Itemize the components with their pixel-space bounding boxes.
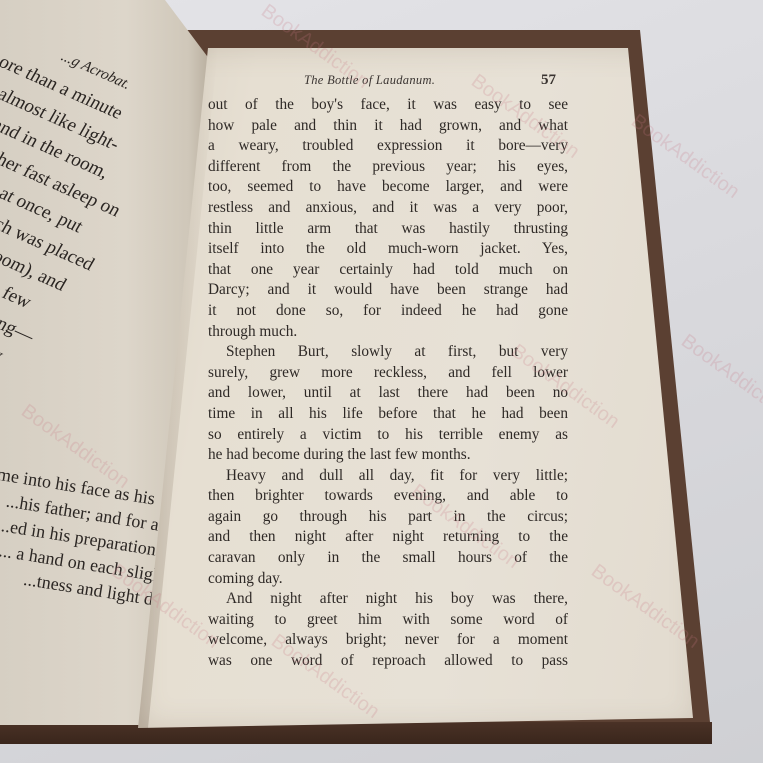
- text-line: and lower, until at last there had been …: [208, 383, 568, 404]
- text-line: And night after night his boy was there,: [208, 589, 568, 610]
- text-line: Stephen Burt, slowly at first, but very: [208, 342, 568, 363]
- page-number: 57: [541, 72, 556, 89]
- running-head: The Bottle of Laudanum. 57: [208, 72, 568, 89]
- text-line: itself into the old much-worn jacket. Ye…: [208, 239, 568, 260]
- text-line: a weary, troubled expression it bore—ver…: [208, 136, 568, 157]
- text-line: waiting to greet him with some word of: [208, 610, 568, 631]
- text-line: Heavy and dull all day, fit for very lit…: [208, 466, 568, 487]
- text-line: restless and anxious, and it was a very …: [208, 198, 568, 219]
- text-line: through much.: [208, 322, 568, 343]
- text-line: coming day.: [208, 569, 568, 590]
- running-head-title: The Bottle of Laudanum.: [304, 73, 435, 88]
- right-page-text: The Bottle of Laudanum. 57 out of the bo…: [208, 72, 568, 672]
- text-line: time in all his life before that he had …: [208, 404, 568, 425]
- text-line: so entirely a victim to his terrible ene…: [208, 425, 568, 446]
- text-line: he had become during the last few months…: [208, 445, 568, 466]
- text-line: again go through his part in the circus;: [208, 507, 568, 528]
- text-line: then brighter towards evening, and able …: [208, 486, 568, 507]
- text-line: caravan only in the small hours of the: [208, 548, 568, 569]
- text-line: it not done so, for indeed he had gone: [208, 301, 568, 322]
- book-photo: ...g Acrobat. ...little more than a minu…: [0, 0, 763, 763]
- text-line: different from the previous year; his ey…: [208, 157, 568, 178]
- page-body: out of the boy's face, it was easy to se…: [208, 95, 568, 672]
- text-line: Darcy; and it would have been strange ha…: [208, 280, 568, 301]
- text-line: how pale and thin it had grown, and what: [208, 116, 568, 137]
- text-line: welcome, always bright; never for a mome…: [208, 630, 568, 651]
- text-line: out of the boy's face, it was easy to se…: [208, 95, 568, 116]
- text-line: too, seemed to have become larger, and w…: [208, 177, 568, 198]
- text-line: thin little arm that was hastily thrusti…: [208, 219, 568, 240]
- text-line: surely, grew more reckless, and fell low…: [208, 363, 568, 384]
- left-page-lower-text: ...ame into his face as his...his father…: [0, 420, 160, 550]
- text-line: was one word of reproach allowed to pass: [208, 651, 568, 672]
- book-cover-edge: [0, 722, 712, 744]
- text-line: and then night after night returning to …: [208, 527, 568, 548]
- text-line: that one year certainly had told much on: [208, 260, 568, 281]
